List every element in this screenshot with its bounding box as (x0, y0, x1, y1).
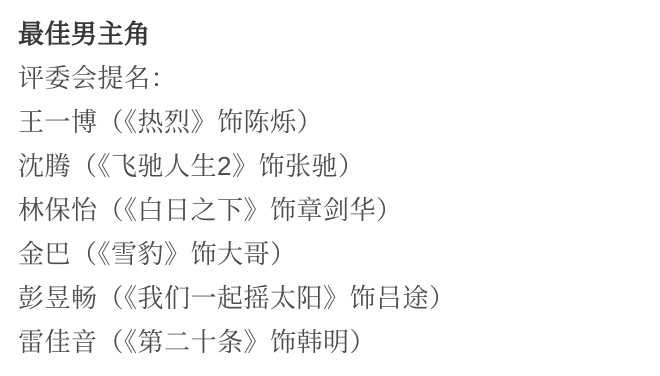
nominee-line: 雷佳音（《第二十条》饰韩明） (18, 320, 640, 364)
nominee-line: 王一博（《热烈》饰陈烁） (18, 100, 640, 144)
section-title: 最佳男主角 (18, 12, 640, 56)
nominee-line: 金巴（《雪豹》饰大哥） (18, 232, 640, 276)
nominee-line: 沈腾（《飞驰人生2》饰张驰） (18, 144, 640, 188)
nominee-line: 林保怡（《白日之下》饰章剑华） (18, 188, 640, 232)
jury-nomination-label: 评委会提名： (18, 56, 640, 100)
article-body: 最佳男主角 评委会提名： 王一博（《热烈》饰陈烁） 沈腾（《飞驰人生2》饰张驰）… (0, 0, 660, 376)
nominee-line: 彭昱畅（《我们一起摇太阳》饰吕途） (18, 276, 640, 320)
